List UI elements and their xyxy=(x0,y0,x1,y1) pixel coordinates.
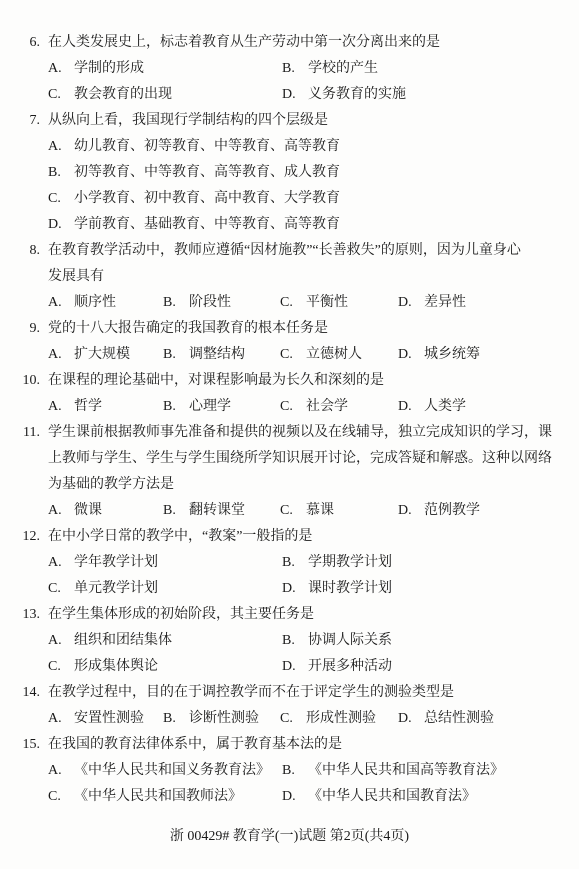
question-text: 党的十八大报告确定的我国教育的根本任务是 xyxy=(48,316,553,342)
option-label: D. xyxy=(282,82,299,108)
question-text-line: 上教师与学生、学生与学生围绕所学知识展开讨论，完成答疑和解惑。这种以网络 xyxy=(48,446,553,472)
option-label: D. xyxy=(398,706,415,732)
option-text: 《中华人民共和国教师法》 xyxy=(74,789,242,804)
option-label: B. xyxy=(282,56,299,82)
option-label: A. xyxy=(48,134,65,160)
question-10-options: A.哲学 B.心理学 C.社会学 D.人类学 xyxy=(48,394,579,420)
option-text: 单元教学计划 xyxy=(74,581,158,596)
question-number: 6. xyxy=(0,30,40,56)
option-b: B.协调人际关系 xyxy=(282,628,565,654)
option-label: C. xyxy=(280,394,297,420)
question-13-options: A.组织和团结集体 B.协调人际关系 C.形成集体舆论 D.开展多种活动 xyxy=(48,628,579,680)
question-number: 7. xyxy=(0,108,40,134)
option-b: B.学期教学计划 xyxy=(282,550,565,576)
option-c: C.形成集体舆论 xyxy=(48,654,282,680)
option-label: B. xyxy=(163,342,180,368)
question-text-line: 在教育教学活动中，教师应遵循“因材施教”“长善救失”的原则，因为儿童身心 xyxy=(48,238,553,264)
option-text: 调整结构 xyxy=(189,347,245,362)
option-text: 心理学 xyxy=(189,399,231,414)
option-text: 《中华人民共和国教育法》 xyxy=(308,789,476,804)
option-b: B.心理学 xyxy=(163,394,280,420)
option-text: 安置性测验 xyxy=(74,711,144,726)
option-a: A.组织和团结集体 xyxy=(48,628,282,654)
question-text-line: 党的十八大报告确定的我国教育的根本任务是 xyxy=(48,316,553,342)
option-label: C. xyxy=(48,654,65,680)
question-12: 12. 在中小学日常的教学中，“教案”一般指的是 A.学年教学计划 B.学期教学… xyxy=(0,524,579,602)
option-d: D.人类学 xyxy=(398,394,565,420)
option-a: A.哲学 xyxy=(48,394,163,420)
option-a: A.《中华人民共和国义务教育法》 xyxy=(48,758,282,784)
option-d: D.总结性测验 xyxy=(398,706,565,732)
option-text: 城乡统筹 xyxy=(424,347,480,362)
option-d: D.差异性 xyxy=(398,290,565,316)
option-label: B. xyxy=(163,290,180,316)
option-text: 学期教学计划 xyxy=(308,555,392,570)
option-d: D.学前教育、基础教育、中等教育、高等教育 xyxy=(48,212,565,238)
option-text: 微课 xyxy=(74,503,102,518)
option-label: A. xyxy=(48,394,65,420)
option-d: D.课时教学计划 xyxy=(282,576,565,602)
option-label: C. xyxy=(48,186,65,212)
option-label: B. xyxy=(163,498,180,524)
option-d: D.《中华人民共和国教育法》 xyxy=(282,784,565,810)
option-label: D. xyxy=(398,498,415,524)
option-text: 学前教育、基础教育、中等教育、高等教育 xyxy=(74,217,340,232)
option-b: B.翻转课堂 xyxy=(163,498,280,524)
question-text: 在课程的理论基础中，对课程影响最为长久和深刻的是 xyxy=(48,368,553,394)
option-a: A.微课 xyxy=(48,498,163,524)
option-b: B.初等教育、中等教育、高等教育、成人教育 xyxy=(48,160,565,186)
question-number: 14. xyxy=(0,680,40,706)
option-label: B. xyxy=(282,550,299,576)
option-text: 差异性 xyxy=(424,295,466,310)
option-text: 立德树人 xyxy=(306,347,362,362)
question-text-line: 学生课前根据教师事先准备和提供的视频以及在线辅导，独立完成知识的学习，课 xyxy=(48,420,553,446)
option-text: 范例教学 xyxy=(424,503,480,518)
option-text: 社会学 xyxy=(306,399,348,414)
option-label: C. xyxy=(48,576,65,602)
option-label: A. xyxy=(48,706,65,732)
option-label: A. xyxy=(48,56,65,82)
question-9-options: A.扩大规模 B.调整结构 C.立德树人 D.城乡统筹 xyxy=(48,342,579,368)
option-b: B.调整结构 xyxy=(163,342,280,368)
question-8-options: A.顺序性 B.阶段性 C.平衡性 D.差异性 xyxy=(48,290,579,316)
question-number: 13. xyxy=(0,602,40,628)
question-text-line: 从纵向上看，我国现行学制结构的四个层级是 xyxy=(48,108,553,134)
option-label: C. xyxy=(280,342,297,368)
option-label: C. xyxy=(280,290,297,316)
option-d: D.开展多种活动 xyxy=(282,654,565,680)
option-c: C.社会学 xyxy=(280,394,398,420)
question-text-line: 在人类发展史上，标志着教育从生产劳动中第一次分离出来的是 xyxy=(48,30,553,56)
option-label: C. xyxy=(48,784,65,810)
option-label: A. xyxy=(48,290,65,316)
option-text: 扩大规模 xyxy=(74,347,130,362)
option-text: 教会教育的出现 xyxy=(74,87,172,102)
option-text: 义务教育的实施 xyxy=(308,87,406,102)
option-label: B. xyxy=(48,160,65,186)
option-label: C. xyxy=(280,706,297,732)
question-11: 11. 学生课前根据教师事先准备和提供的视频以及在线辅导，独立完成知识的学习，课… xyxy=(0,420,579,524)
option-label: C. xyxy=(48,82,65,108)
option-c: C.单元教学计划 xyxy=(48,576,282,602)
question-15: 15. 在我国的教育法律体系中，属于教育基本法的是 A.《中华人民共和国义务教育… xyxy=(0,732,579,810)
question-number: 8. xyxy=(0,238,40,264)
option-text: 平衡性 xyxy=(306,295,348,310)
option-c: C.平衡性 xyxy=(280,290,398,316)
question-8: 8. 在教育教学活动中，教师应遵循“因材施教”“长善救失”的原则，因为儿童身心 … xyxy=(0,238,579,316)
option-label: A. xyxy=(48,498,65,524)
question-text-line: 发展具有 xyxy=(48,264,553,290)
question-text-line: 在中小学日常的教学中，“教案”一般指的是 xyxy=(48,524,553,550)
footer-text: 浙 00429# 教育学(一)试题 第2页(共4页) xyxy=(170,829,409,844)
option-a: A.幼儿教育、初等教育、中等教育、高等教育 xyxy=(48,134,565,160)
option-d: D.范例教学 xyxy=(398,498,565,524)
option-a: A.扩大规模 xyxy=(48,342,163,368)
option-label: D. xyxy=(282,576,299,602)
question-10: 10. 在课程的理论基础中，对课程影响最为长久和深刻的是 A.哲学 B.心理学 … xyxy=(0,368,579,420)
page-footer: 浙 00429# 教育学(一)试题 第2页(共4页) xyxy=(0,824,579,850)
option-c: C.小学教育、初中教育、高中教育、大学教育 xyxy=(48,186,565,212)
option-text: 学年教学计划 xyxy=(74,555,158,570)
option-text: 阶段性 xyxy=(189,295,231,310)
question-11-options: A.微课 B.翻转课堂 C.慕课 D.范例教学 xyxy=(48,498,579,524)
exam-page: 6. 在人类发展史上，标志着教育从生产劳动中第一次分离出来的是 A.学制的形成 … xyxy=(0,0,579,869)
question-6: 6. 在人类发展史上，标志着教育从生产劳动中第一次分离出来的是 A.学制的形成 … xyxy=(0,30,579,108)
option-label: D. xyxy=(398,394,415,420)
option-text: 开展多种活动 xyxy=(308,659,392,674)
question-text: 在我国的教育法律体系中，属于教育基本法的是 xyxy=(48,732,553,758)
option-label: D. xyxy=(398,290,415,316)
question-text-line: 在学生集体形成的初始阶段，其主要任务是 xyxy=(48,602,553,628)
option-label: B. xyxy=(282,758,299,784)
question-text: 在教学过程中，目的在于调控教学而不在于评定学生的测验类型是 xyxy=(48,680,553,706)
question-number: 11. xyxy=(0,420,40,446)
option-label: B. xyxy=(163,394,180,420)
option-text: 总结性测验 xyxy=(424,711,494,726)
option-c: C.《中华人民共和国教师法》 xyxy=(48,784,282,810)
option-label: A. xyxy=(48,758,65,784)
option-text: 形成性测验 xyxy=(306,711,376,726)
option-text: 慕课 xyxy=(306,503,334,518)
question-text: 在学生集体形成的初始阶段，其主要任务是 xyxy=(48,602,553,628)
question-text: 学生课前根据教师事先准备和提供的视频以及在线辅导，独立完成知识的学习，课 上教师… xyxy=(48,420,553,498)
option-d: D.义务教育的实施 xyxy=(282,82,565,108)
option-label: B. xyxy=(163,706,180,732)
option-text: 《中华人民共和国义务教育法》 xyxy=(74,763,270,778)
option-label: A. xyxy=(48,550,65,576)
question-number: 15. xyxy=(0,732,40,758)
option-label: C. xyxy=(280,498,297,524)
question-number: 10. xyxy=(0,368,40,394)
question-9: 9. 党的十八大报告确定的我国教育的根本任务是 A.扩大规模 B.调整结构 C.… xyxy=(0,316,579,368)
question-text: 从纵向上看，我国现行学制结构的四个层级是 xyxy=(48,108,553,134)
option-text: 形成集体舆论 xyxy=(74,659,158,674)
question-7: 7. 从纵向上看，我国现行学制结构的四个层级是 A.幼儿教育、初等教育、中等教育… xyxy=(0,108,579,238)
option-c: C.教会教育的出现 xyxy=(48,82,282,108)
question-text-line: 在课程的理论基础中，对课程影响最为长久和深刻的是 xyxy=(48,368,553,394)
option-text: 初等教育、中等教育、高等教育、成人教育 xyxy=(74,165,340,180)
question-14: 14. 在教学过程中，目的在于调控教学而不在于评定学生的测验类型是 A.安置性测… xyxy=(0,680,579,732)
question-15-options: A.《中华人民共和国义务教育法》 B.《中华人民共和国高等教育法》 C.《中华人… xyxy=(48,758,579,810)
question-text: 在中小学日常的教学中，“教案”一般指的是 xyxy=(48,524,553,550)
option-b: B.阶段性 xyxy=(163,290,280,316)
option-text: 小学教育、初中教育、高中教育、大学教育 xyxy=(74,191,340,206)
question-text-line: 在教学过程中，目的在于调控教学而不在于评定学生的测验类型是 xyxy=(48,680,553,706)
option-text: 学校的产生 xyxy=(308,61,378,76)
question-7-options: A.幼儿教育、初等教育、中等教育、高等教育 B.初等教育、中等教育、高等教育、成… xyxy=(48,134,579,238)
option-text: 顺序性 xyxy=(74,295,116,310)
option-text: 人类学 xyxy=(424,399,466,414)
option-label: D. xyxy=(398,342,415,368)
option-a: A.安置性测验 xyxy=(48,706,163,732)
question-12-options: A.学年教学计划 B.学期教学计划 C.单元教学计划 D.课时教学计划 xyxy=(48,550,579,602)
option-d: D.城乡统筹 xyxy=(398,342,565,368)
option-label: A. xyxy=(48,342,65,368)
question-text-line: 在我国的教育法律体系中，属于教育基本法的是 xyxy=(48,732,553,758)
option-a: A.学年教学计划 xyxy=(48,550,282,576)
option-text: 翻转课堂 xyxy=(189,503,245,518)
option-c: C.慕课 xyxy=(280,498,398,524)
question-number: 12. xyxy=(0,524,40,550)
option-label: B. xyxy=(282,628,299,654)
question-13: 13. 在学生集体形成的初始阶段，其主要任务是 A.组织和团结集体 B.协调人际… xyxy=(0,602,579,680)
question-text-line: 为基础的教学方法是 xyxy=(48,472,553,498)
option-b: B.《中华人民共和国高等教育法》 xyxy=(282,758,565,784)
option-c: C.形成性测验 xyxy=(280,706,398,732)
option-text: 学制的形成 xyxy=(74,61,144,76)
question-6-options: A.学制的形成 B.学校的产生 C.教会教育的出现 D.义务教育的实施 xyxy=(48,56,579,108)
option-label: A. xyxy=(48,628,65,654)
option-b: B.诊断性测验 xyxy=(163,706,280,732)
question-text: 在人类发展史上，标志着教育从生产劳动中第一次分离出来的是 xyxy=(48,30,553,56)
option-text: 协调人际关系 xyxy=(308,633,392,648)
option-text: 诊断性测验 xyxy=(189,711,259,726)
question-14-options: A.安置性测验 B.诊断性测验 C.形成性测验 D.总结性测验 xyxy=(48,706,579,732)
option-text: 《中华人民共和国高等教育法》 xyxy=(308,763,504,778)
option-a: A.学制的形成 xyxy=(48,56,282,82)
option-text: 组织和团结集体 xyxy=(74,633,172,648)
option-a: A.顺序性 xyxy=(48,290,163,316)
option-c: C.立德树人 xyxy=(280,342,398,368)
option-label: D. xyxy=(282,784,299,810)
question-text: 在教育教学活动中，教师应遵循“因材施教”“长善救失”的原则，因为儿童身心 发展具… xyxy=(48,238,553,290)
option-label: D. xyxy=(48,212,65,238)
option-text: 幼儿教育、初等教育、中等教育、高等教育 xyxy=(74,139,340,154)
option-label: D. xyxy=(282,654,299,680)
option-text: 哲学 xyxy=(74,399,102,414)
option-text: 课时教学计划 xyxy=(308,581,392,596)
option-b: B.学校的产生 xyxy=(282,56,565,82)
question-number: 9. xyxy=(0,316,40,342)
